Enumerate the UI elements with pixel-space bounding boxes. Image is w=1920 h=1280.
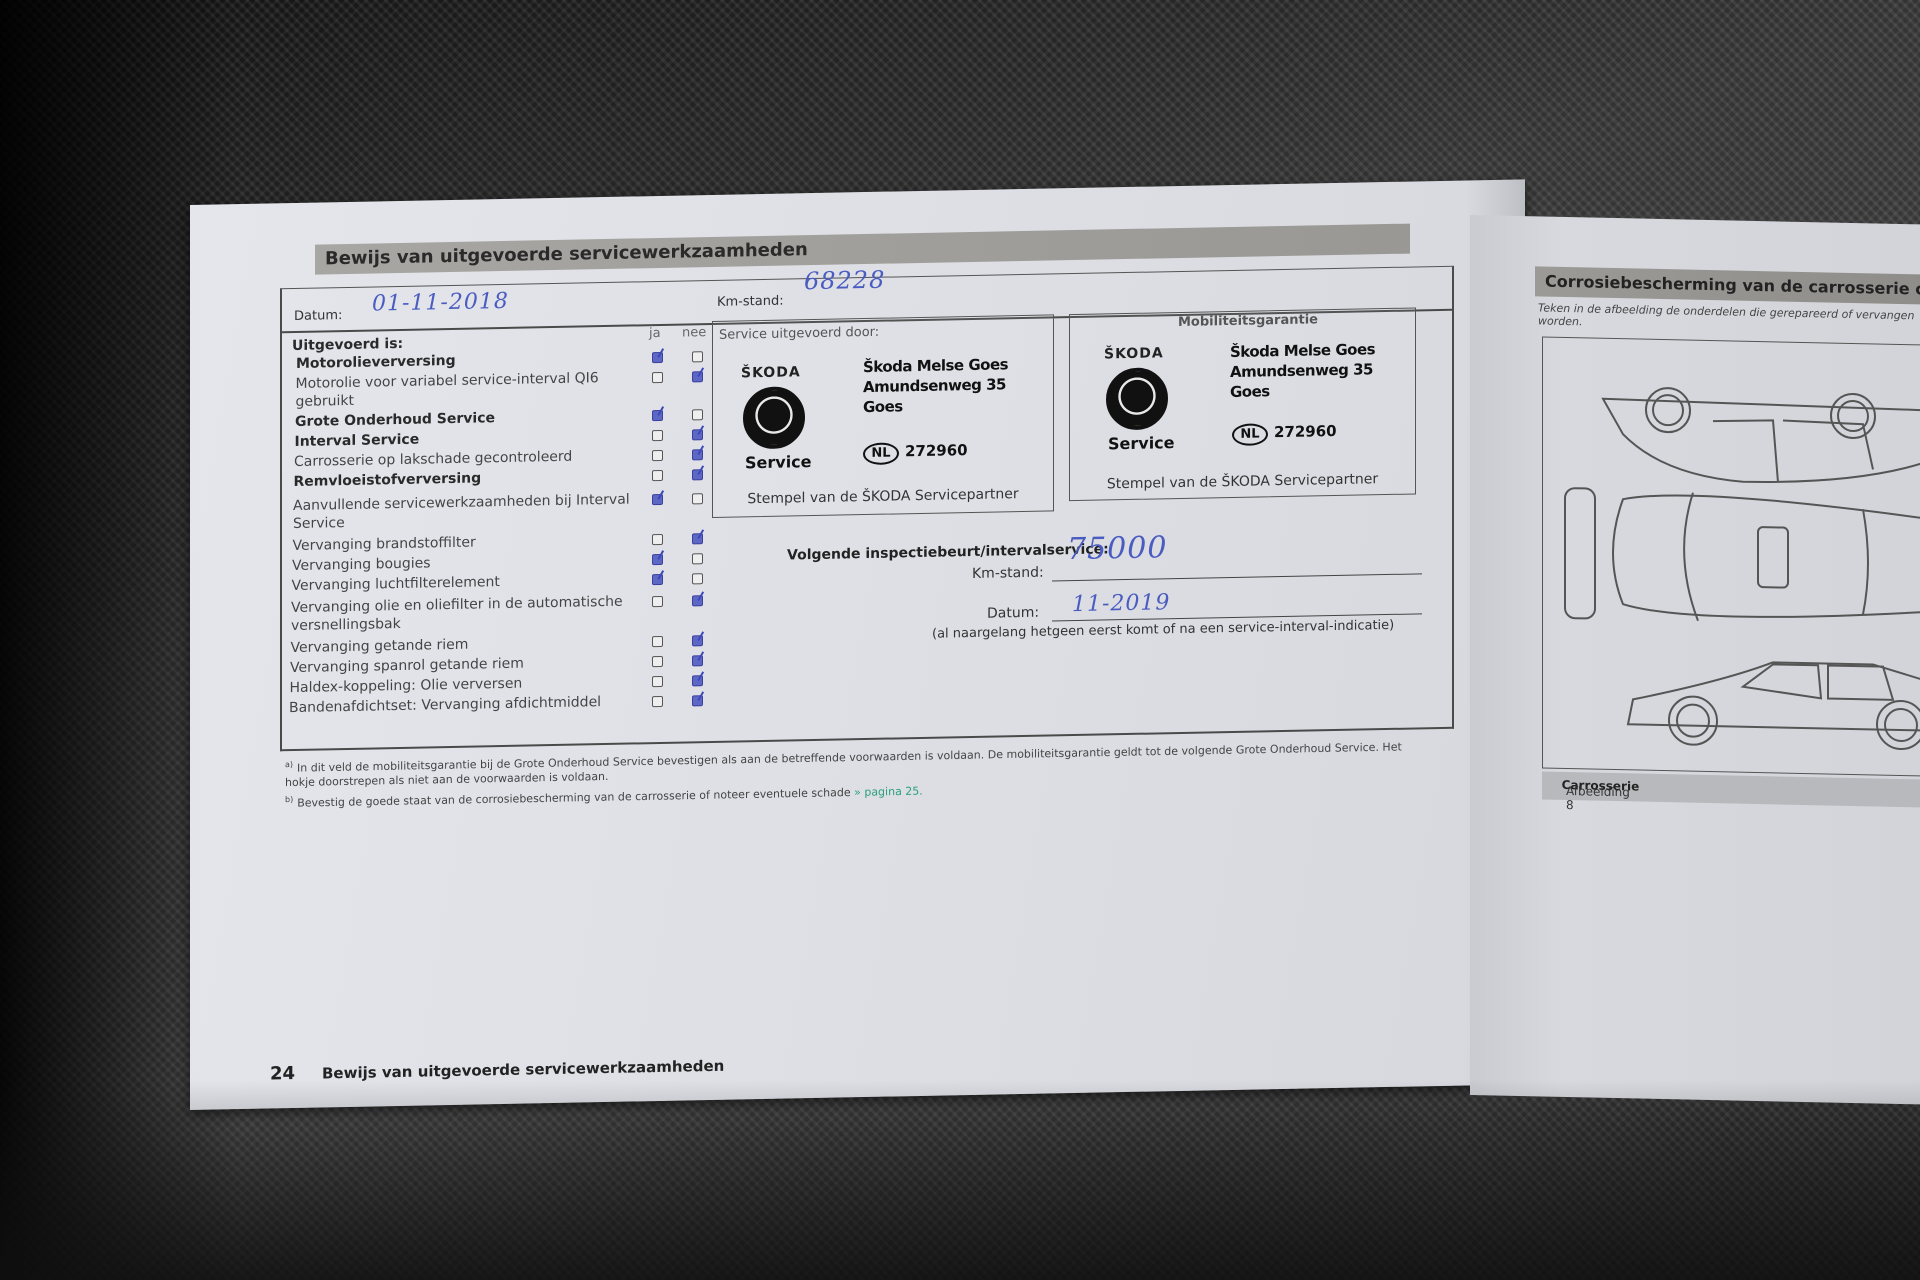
dealer-line-1: Škoda Melse Goes	[1230, 339, 1375, 362]
right-section-title: Corrosiebescherming van de carrosserie c…	[1545, 272, 1920, 300]
service-word: Service	[1108, 433, 1175, 453]
dealer-number: 272960	[1274, 422, 1337, 441]
checkbox-nee[interactable]	[692, 595, 703, 606]
checkbox-ja[interactable]	[652, 636, 663, 647]
checkbox-nee[interactable]	[692, 655, 703, 666]
dealer-line-3: Goes	[1230, 381, 1270, 402]
checkbox-nee[interactable]	[692, 493, 703, 504]
km-value[interactable]: 68228	[804, 266, 885, 296]
checkbox-ja[interactable]	[652, 534, 663, 545]
checkbox-nee[interactable]	[692, 635, 703, 646]
column-ja: ja	[649, 326, 661, 341]
datum-label: Datum:	[294, 308, 342, 324]
checkbox-nee[interactable]	[692, 573, 703, 584]
task-label: Vervanging olie en oliefilter in de auto…	[291, 592, 641, 635]
checkbox-ja[interactable]	[652, 430, 663, 441]
stamp1-caption: Stempel van de ŠKODA Servicepartner	[713, 485, 1053, 508]
nl-country-badge: NL	[1232, 423, 1268, 446]
column-nee: nee	[682, 325, 706, 340]
section-title: Bewijs van uitgevoerde servicewerkzaamhe…	[325, 239, 808, 269]
checkbox-ja[interactable]	[652, 574, 663, 585]
checkbox-nee[interactable]	[692, 533, 703, 544]
task-label: Motorolie voor variabel service-interval…	[296, 368, 646, 411]
dealer-line-1: Škoda Melse Goes	[863, 354, 1008, 377]
checkbox-nee[interactable]	[692, 553, 703, 564]
checkbox-ja[interactable]	[652, 450, 663, 461]
next-km-value[interactable]: 75000	[1067, 530, 1167, 567]
left-page: Bewijs van uitgevoerde servicewerkzaamhe…	[190, 179, 1525, 1110]
next-datum-label: Datum:	[987, 605, 1039, 622]
skoda-logo-icon	[743, 386, 805, 449]
right-page: Corrosiebescherming van de carrosserie c…	[1470, 215, 1920, 1105]
figure-caption: Afbeelding 8 Carrosserie	[1542, 772, 1920, 808]
stamp-service-provider: Service uitgevoerd door: ŠKODA Service Š…	[712, 314, 1054, 518]
next-km-label: Km-stand:	[972, 565, 1044, 582]
checkbox-ja[interactable]	[652, 352, 663, 363]
service-record-form: Datum: 01-11-2018 Km-stand: 68228 Uitgev…	[280, 266, 1454, 752]
checkbox-nee[interactable]	[692, 449, 703, 460]
skoda-wordmark: ŠKODA	[1104, 345, 1164, 362]
car-diagram	[1542, 337, 1920, 777]
checkbox-nee[interactable]	[692, 469, 703, 480]
skoda-logo-icon	[1106, 367, 1168, 430]
next-service-note: (al naargelang hetgeen eerst komt of na …	[932, 618, 1394, 642]
checkbox-nee[interactable]	[692, 695, 703, 706]
task-label: Aanvullende servicewerkzaamheden bij Int…	[293, 490, 643, 533]
datum-value[interactable]: 01-11-2018	[372, 289, 509, 317]
checkbox-ja[interactable]	[652, 410, 663, 421]
km-label: Km-stand:	[717, 294, 784, 310]
right-instruction: Teken in de afbeelding de onderdelen die…	[1538, 301, 1920, 335]
checkbox-nee[interactable]	[692, 371, 703, 382]
checkbox-ja[interactable]	[652, 596, 663, 607]
dealer-line-2: Amundsenweg 35	[863, 374, 1006, 397]
checkbox-ja[interactable]	[652, 470, 663, 481]
checkbox-ja[interactable]	[652, 676, 663, 687]
figure-label: Afbeelding 8	[1566, 784, 1639, 814]
dealer-line-3: Goes	[863, 396, 903, 417]
checkbox-ja[interactable]	[652, 494, 663, 505]
checkbox-nee[interactable]	[692, 675, 703, 686]
checkbox-ja[interactable]	[652, 372, 663, 383]
stamp2-header: Mobiliteitsgarantie	[1178, 312, 1318, 330]
checkbox-ja[interactable]	[652, 554, 663, 565]
stamp-mobility-guarantee: Mobiliteitsgarantie ŠKODA Service Škoda …	[1069, 307, 1416, 501]
checkbox-nee[interactable]	[692, 429, 703, 440]
skoda-wordmark: ŠKODA	[741, 364, 801, 381]
page-link[interactable]: » pagina 25.	[854, 785, 923, 799]
car-outline-icon	[1543, 338, 1920, 776]
stamp2-caption: Stempel van de ŠKODA Servicepartner	[1070, 470, 1415, 493]
page-footer-title: Bewijs van uitgevoerde servicewerkzaamhe…	[322, 1057, 724, 1083]
next-km-line	[1052, 573, 1422, 581]
checkbox-nee[interactable]	[692, 409, 703, 420]
checkbox-ja[interactable]	[652, 656, 663, 667]
checkbox-ja[interactable]	[652, 696, 663, 707]
checkbox-nee[interactable]	[692, 351, 703, 362]
dealer-number: 272960	[905, 441, 968, 460]
next-datum-value[interactable]: 11-2019	[1072, 590, 1170, 617]
service-word: Service	[745, 452, 812, 472]
dealer-line-2: Amundsenweg 35	[1230, 359, 1373, 382]
stamp1-header: Service uitgevoerd door:	[719, 325, 879, 343]
background-shadow-bottom	[0, 1080, 1920, 1280]
nl-country-badge: NL	[863, 442, 899, 465]
right-section-header: Corrosiebescherming van de carrosserie c…	[1535, 266, 1920, 305]
next-service-title: Volgende inspectiebeurt/intervalservice:	[787, 541, 1109, 563]
